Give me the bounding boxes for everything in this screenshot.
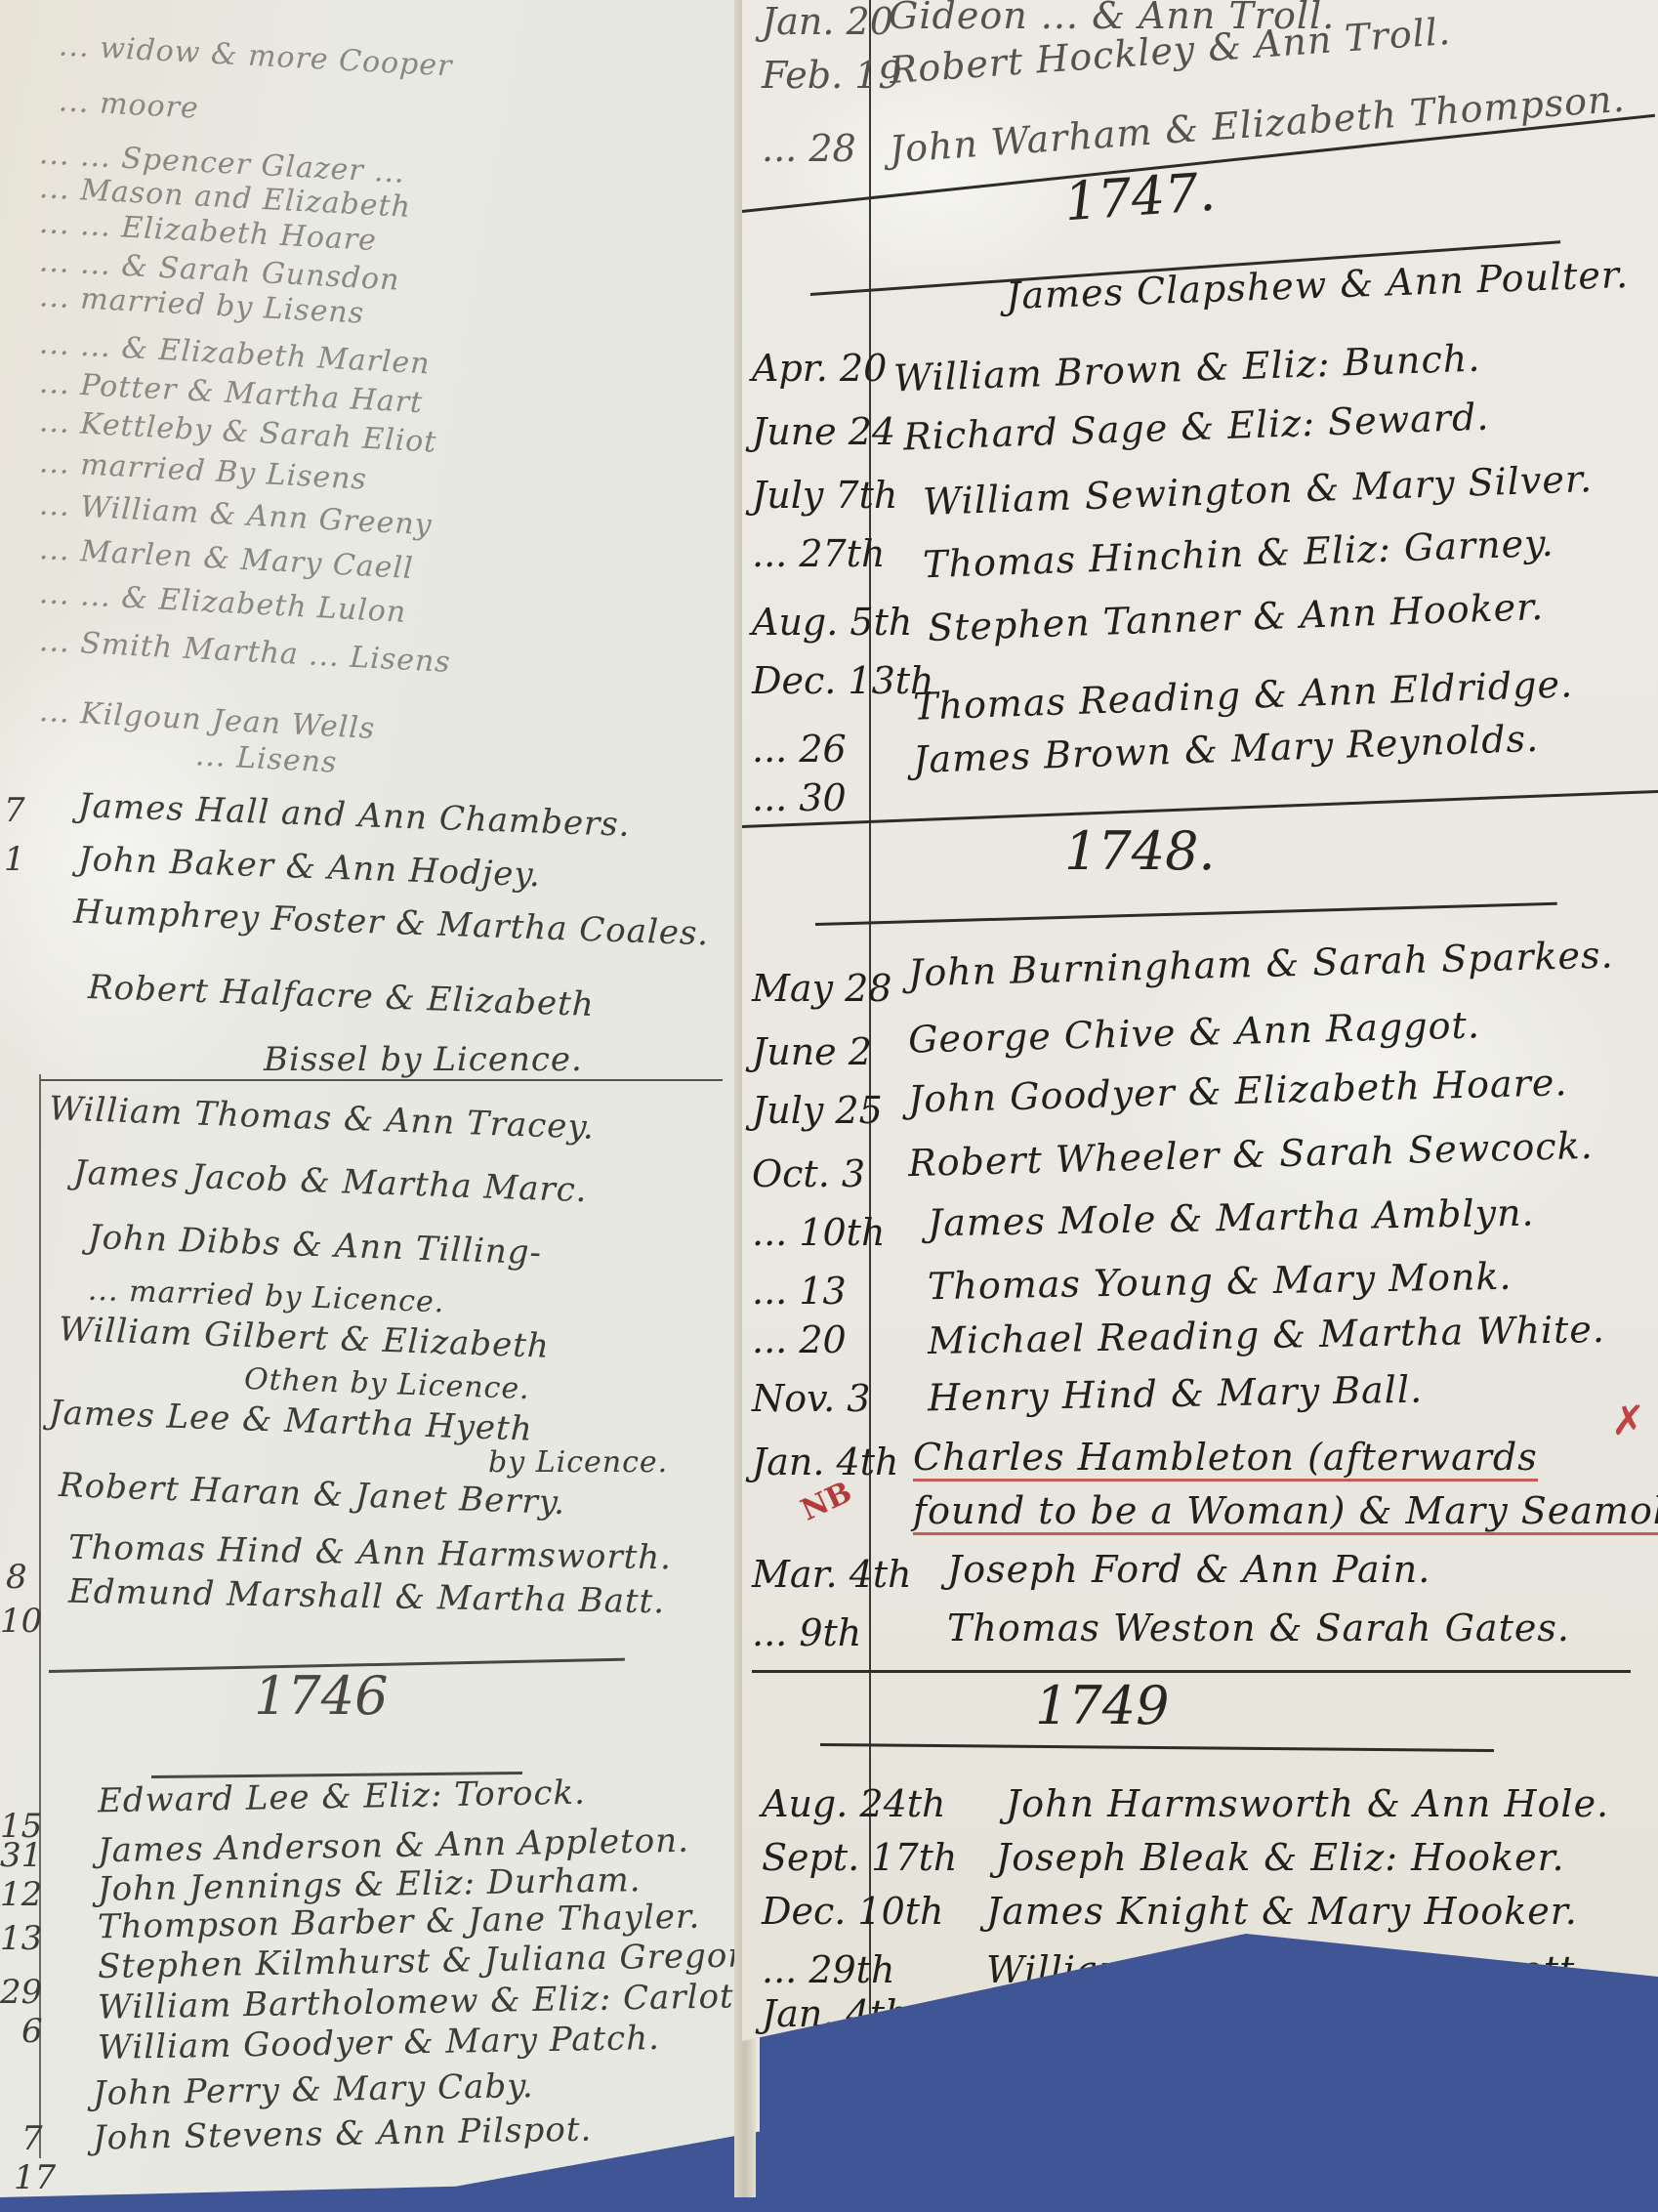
entry-date: ... 29th (762, 1948, 894, 1991)
entry-text: Michael Reading & Martha White. (928, 1308, 1606, 1362)
entry-date: Jan. 20 (762, 0, 893, 43)
entry-date: 13 (0, 1919, 42, 1958)
entry-text: Joseph Bleak & Eliz: Hooker. (996, 1836, 1565, 1879)
faded-line: ... widow & more Cooper (58, 28, 453, 83)
entry-text: William Gilbert & Elizabeth (58, 1310, 550, 1366)
entry-date: ... 26 (752, 728, 847, 771)
entry-text: Sewington. (1318, 2056, 1540, 2099)
entry-text: Robert Wheeler & Sarah Sewcock. (908, 1124, 1595, 1185)
year-heading: 1746 (254, 1665, 388, 1727)
entry-text: Bissel by Licence. (264, 1040, 583, 1079)
divider-line (39, 1079, 723, 1081)
faded-line: ... moore (58, 84, 199, 125)
year-heading: 1749 (1035, 1675, 1169, 1736)
entry-note: by Licence. (488, 1445, 668, 1480)
underlined-name: Charles Hambleton (afterwards (913, 1436, 1538, 1482)
entry-date: ... 30 (752, 776, 847, 819)
entry-date: Oct. 3 (752, 1152, 865, 1195)
entry-text: William Thomas & Ann Tracey. (48, 1089, 595, 1147)
entry-text: Edward Lee & Eliz: Torock. (98, 1774, 587, 1821)
entry-date: Mar. 4th (752, 1553, 912, 1596)
entry-text: John Baker & Ann Hodjey. (77, 840, 541, 896)
entry-date: Feb. 19 (762, 54, 902, 97)
entry-date: 10 (0, 1602, 42, 1641)
entry-text: William Sewington & Mary Silver. (922, 457, 1593, 523)
entry-date: June 24 (752, 410, 895, 453)
entry-text: John Fulbrook & Sarah (986, 1992, 1441, 2035)
year-rule-bottom (815, 902, 1557, 926)
entry-date: 6 (21, 2012, 43, 2051)
entry-text: James Jacob & Martha Marc. (72, 1153, 588, 1210)
entry-text: Richard Sage & Eliz: Seward. (902, 396, 1490, 459)
entry-text: Robert Halfacre & Elizabeth (87, 968, 595, 1024)
entry-text: Stephen Tanner & Ann Hooker. (927, 585, 1544, 649)
faded-line: ... ... & Elizabeth Lulon (38, 576, 407, 630)
entry-date: Apr. 20 (752, 347, 887, 390)
entry-date: Dec. 13th (752, 659, 934, 702)
entry-text: Joseph Ford & Ann Pain. (947, 1548, 1430, 1591)
year-rule-top (752, 1670, 1631, 1673)
entry-text-flagged: Charles Hambleton (afterwards (913, 1436, 1538, 1479)
entry-text: James Clapshew & Ann Poulter. (1005, 253, 1629, 317)
entry-date: ... 10th (752, 1211, 885, 1254)
faded-line: ... Marlen & Mary Caell (38, 532, 414, 586)
entry-date: July 7th (752, 474, 897, 517)
entry-date: ... 13 (752, 1270, 847, 1313)
entry-date: July 25 (752, 1089, 883, 1132)
entry-note: Othen by Licence. (243, 1362, 530, 1406)
year-rule-bottom (820, 1743, 1494, 1752)
entry-text: Humphrey Foster & Martha Coales. (73, 893, 710, 954)
entry-text: John Perry & Mary Caby. (93, 2066, 534, 2113)
entry-text: Thomas Weston & Sarah Gates. (947, 1607, 1570, 1649)
entry-text-flagged: found to be a Woman) & Mary Seamol. (913, 1489, 1658, 1532)
entry-date: 7 (21, 2119, 43, 2158)
entry-text: William Brown & Eliz: Bunch. (892, 337, 1481, 400)
underlined-note: found to be a Woman) & Mary Seamol. (913, 1489, 1658, 1535)
entry-text: John Harmsworth & Ann Hole. (1006, 1782, 1609, 1825)
entry-text: Thomas Hinchin & Eliz: Garney. (922, 522, 1554, 587)
faded-line: ... Lisens (194, 738, 338, 780)
year-heading: 1748. (1064, 820, 1216, 882)
entry-date: 29 (0, 1973, 42, 2012)
entry-date: Sept. 17th (762, 1836, 957, 1879)
entry-text: Edmund Marshall & Martha Batt. (68, 1572, 666, 1622)
right-page: Jan. 20 Gideon ... & Ann Troll. Feb. 19 … (742, 0, 1658, 2149)
faded-line: ... Smith Martha ... Lisens (38, 624, 451, 680)
entry-text: George Chive & Ann Raggot. (908, 1003, 1481, 1061)
entry-date: 12 (0, 1875, 42, 1914)
entry-date: May 28 (752, 967, 891, 1010)
entry-text: James Knight & Mary Hooker. (986, 1890, 1578, 1933)
entry-date: Aug. 24th (762, 1782, 946, 1825)
entry-date: 1 (4, 840, 25, 879)
left-page: ... widow & more Cooper ... moore ... ..… (0, 0, 760, 2197)
entry-text: James Brown & Mary Reynolds. (912, 717, 1539, 781)
entry-text: William Othen & Ann Raggott. (986, 1948, 1588, 1991)
year-heading: 1747. (1062, 161, 1218, 233)
entry-date: ... 20 (752, 1318, 847, 1361)
entry-text: Henry Hind & Mary Ball. (928, 1368, 1424, 1420)
entry-text: John Burningham & Sarah Sparkes. (908, 934, 1615, 995)
entry-date: 7 (4, 791, 25, 830)
entry-date: 17 (14, 2158, 56, 2197)
entry-date: Nov. 3 (752, 1377, 870, 1420)
entry-text: James Mole & Martha Amblyn. (928, 1191, 1535, 1245)
entry-date: Jan. 4th (762, 1992, 908, 2035)
entry-text: Thomas Hind & Ann Harmsworth. (68, 1528, 673, 1578)
entry-date: 31 (0, 1836, 42, 1875)
entry-date: 8 (6, 1558, 27, 1597)
entry-text: John Dibbs & Ann Tilling- (87, 1218, 542, 1273)
entry-date: ... 9th (752, 1611, 861, 1654)
red-cross-mark: ✗ (1611, 1397, 1645, 1444)
entry-date: ... 27th (752, 532, 885, 575)
entry-date: Dec. 10th (762, 1890, 944, 1933)
entry-date: Jan. 4th (752, 1440, 898, 1483)
entry-text: James Hall and Ann Chambers. (77, 786, 631, 845)
entry-date: ... 28 (762, 127, 856, 170)
entry-text: Thomas Young & Mary Monk. (928, 1255, 1513, 1308)
entry-text: William Goodyer & Mary Patch. (98, 2019, 660, 2067)
entry-text: John Goodyer & Elizabeth Hoare. (908, 1061, 1568, 1121)
entry-date: Aug. 5th (752, 601, 912, 644)
entry-date: June 2 (752, 1030, 872, 1073)
entry-text: John Stevens & Ann Pilspot. (93, 2110, 593, 2158)
